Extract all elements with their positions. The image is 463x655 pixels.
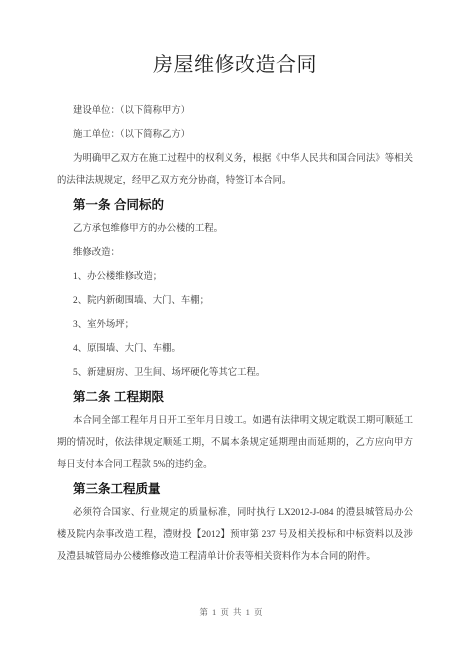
party-a-line: 建设单位：（以下简称甲方） [57, 100, 413, 122]
document-page: 房屋维修改造合同 建设单位：（以下简称甲方） 施工单位：（以下简称乙方） 为明确… [0, 0, 463, 655]
page-number-footer: 第 1 页 共 1 页 [0, 606, 463, 618]
article-3-heading: 第三条工程质量 [57, 478, 413, 500]
renovation-item-4: 4、原围墙、大门、车棚。 [57, 338, 413, 360]
renovation-item-2: 2、院内新砌围墙、大门、车棚； [57, 290, 413, 312]
renovation-item-5: 5、新建厨房、卫生间、场坪硬化等其它工程。 [57, 362, 413, 384]
article-3-paragraph: 必须符合国家、行业规定的质量标准，同时执行 LX2012-J-084 的澧县城管… [57, 502, 413, 568]
party-b-line: 施工单位：（以下简称乙方） [57, 124, 413, 146]
contract-title: 房屋维修改造合同 [57, 52, 413, 78]
preamble-paragraph: 为明确甲乙双方在施工过程中的权利义务，根据《中华人民共和国合同法》等相关的法律法… [57, 148, 413, 192]
article-2-paragraph: 本合同全部工程年月日开工至年月日竣工。如遇有法律明文规定耽误工期可顺延工期的情况… [57, 410, 413, 476]
renovation-label: 维修改造： [57, 242, 413, 264]
contract-body: 建设单位：（以下简称甲方） 施工单位：（以下简称乙方） 为明确甲乙双方在施工过程… [57, 100, 413, 570]
renovation-item-3: 3、室外场坪； [57, 314, 413, 336]
article-1-paragraph: 乙方承包维修甲方的办公楼的工程。 [57, 218, 413, 240]
renovation-item-1: 1、办公楼维修改造； [57, 266, 413, 288]
article-2-heading: 第二条 工程期限 [57, 386, 413, 408]
article-1-heading: 第一条 合同标的 [57, 194, 413, 216]
